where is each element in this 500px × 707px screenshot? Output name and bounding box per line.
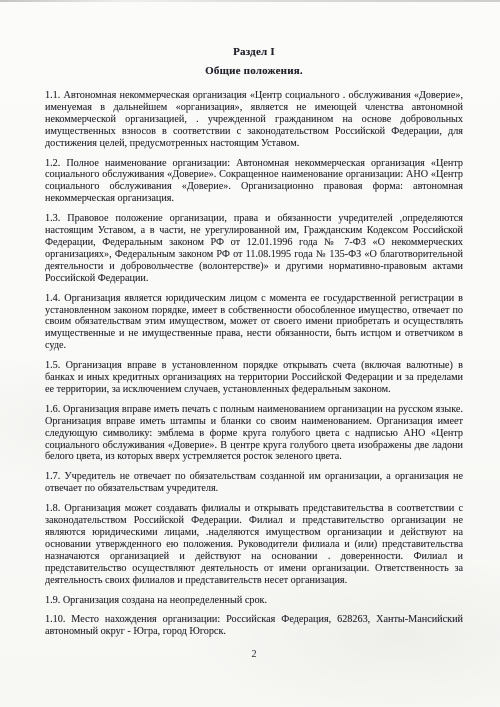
document-page: Раздел I Общие положения. 1.1. Автономна…	[0, 0, 500, 707]
paragraph-1-3: 1.3. Правовое положение организации, пра…	[45, 213, 463, 284]
paragraph-1-7: 1.7. Учредитель не отвечает по обязатель…	[45, 471, 463, 495]
scan-edge-artifact	[0, 0, 500, 2]
page-number: 2	[45, 649, 463, 660]
paragraph-1-6: 1.6. Организация вправе иметь печать с п…	[45, 404, 463, 464]
section-heading: Раздел I	[45, 46, 463, 58]
section-subheading: Общие положения.	[45, 65, 463, 77]
paragraph-1-5: 1.5. Организация вправе в установленном …	[45, 360, 463, 396]
paragraph-1-8: 1.8. Организация может создавать филиалы…	[45, 503, 463, 586]
paragraph-1-2: 1.2. Полное наименование организации: Ав…	[45, 158, 463, 206]
paragraph-1-1: 1.1. Автономная некоммерческая организац…	[45, 90, 463, 150]
paragraph-1-4: 1.4. Организация является юридическим ли…	[45, 293, 463, 353]
paragraph-1-9: 1.9. Организация создана на неопределенн…	[45, 595, 463, 607]
paragraph-1-10: 1.10. Место нахождения организации: Росс…	[45, 614, 463, 638]
